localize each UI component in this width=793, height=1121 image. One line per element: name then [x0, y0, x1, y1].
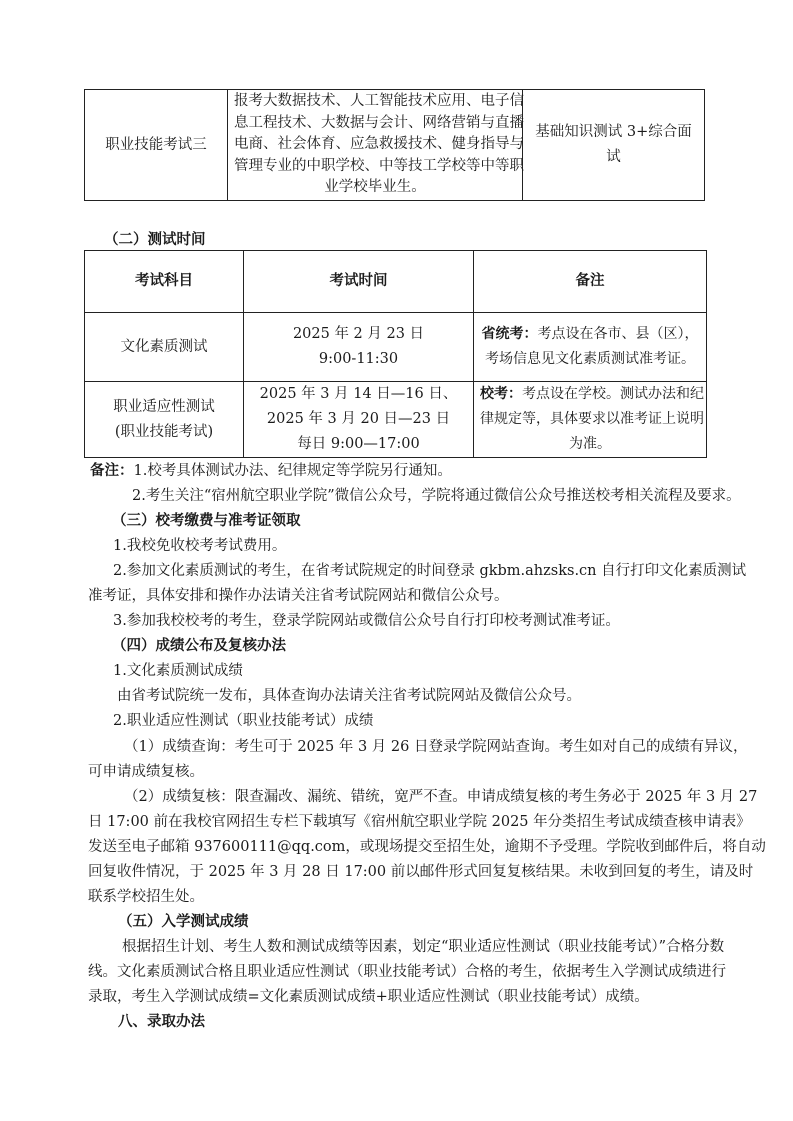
table-row: 职业适应性测试 (职业技能考试) 2025 年 3 月 14 日—16 日、 2… [85, 382, 707, 458]
note-text: 考点设在各市、县（区）， [538, 326, 699, 342]
note-text: 考场信息见文化素质测试准考证。 [480, 347, 700, 372]
note-label: 校考： [480, 386, 522, 402]
note-cell: 校考：考点设在学校。测试办法和纪 律规定等，具体要求以准考证上说明 为准。 [474, 382, 707, 458]
paragraph: 1.文化素质测试成绩 [113, 661, 243, 681]
paragraph: 3.参加我校校考的考生，登录学院网站或微信公众号自行打印校考测试准考证。 [113, 611, 620, 631]
table-row: 职业技能考试三 报考大数据技术、人工智能技术应用、电子信 息工程技术、大数据与会… [85, 90, 705, 201]
remarks-item: 2.考生关注“宿州航空职业学院”微信公众号，学院将通过微信公众号推送校考相关流程… [132, 486, 741, 506]
eligibility-table: 职业技能考试三 报考大数据技术、人工智能技术应用、电子信 息工程技术、大数据与会… [84, 89, 705, 201]
eligibility-line: 管理专业的中职学校、中等技工学校等中等职 [234, 156, 516, 178]
subject-text: 文化素质测试 [91, 335, 237, 360]
section-heading: （五）入学测试成绩 [118, 912, 249, 932]
column-header: 考试时间 [244, 251, 474, 313]
note-text: 为准。 [480, 432, 700, 457]
exam-content-text: 基础知识测试 3+综合面试 [535, 124, 691, 165]
exam-content-cell: 基础知识测试 3+综合面试 [523, 90, 705, 201]
paragraph: 2.职业适应性测试（职业技能考试）成绩 [113, 711, 373, 731]
time-cell: 2025 年 2 月 23 日 9:00-11:30 [244, 313, 474, 382]
paragraph: 1.我校免收校考考试费用。 [113, 536, 286, 556]
column-header: 考试科目 [85, 251, 244, 313]
table-row: 文化素质测试 2025 年 2 月 23 日 9:00-11:30 省统考：考点… [85, 313, 707, 382]
note-text: 考点设在学校。测试办法和纪 [522, 386, 704, 402]
eligibility-line: 电商、社会体育、应急救援技术、健身指导与 [234, 134, 516, 156]
note-text: 律规定等，具体要求以准考证上说明 [480, 407, 700, 432]
paragraph: （2）成绩复核：限查漏改、漏统、错统，宽严不查。申请成绩复核的考生务必于 202… [124, 787, 757, 807]
time-text: 2025 年 2 月 23 日 [250, 322, 467, 347]
subject-cell: 职业技能考试三 [85, 90, 228, 201]
time-text: 2025 年 3 月 14 日—16 日、 [250, 382, 467, 407]
time-text: 每日 9:00—17:00 [250, 432, 467, 457]
note-cell: 省统考：考点设在各市、县（区）， 考场信息见文化素质测试准考证。 [474, 313, 707, 382]
note-label: 省统考： [482, 326, 538, 342]
eligibility-line: 报考大数据技术、人工智能技术应用、电子信 [234, 91, 516, 113]
paragraph: 根据招生计划、考生人数和测试成绩等因素，划定“职业适应性测试（职业技能考试）”合… [122, 937, 724, 957]
paragraph: （1）成绩查询：考生可于 2025 年 3 月 26 日登录学院网站查询。考生如… [124, 737, 747, 757]
section-heading: 八、录取办法 [118, 1012, 205, 1032]
eligibility-line: 业学校毕业生。 [234, 177, 516, 199]
subject-cell: 文化素质测试 [85, 313, 244, 382]
paragraph: 准考证，具体安排和操作办法请关注省考试院网站和微信公众号。 [88, 586, 509, 606]
time-text: 9:00-11:30 [250, 347, 467, 372]
section-heading: （四）成绩公布及复核办法 [112, 636, 286, 656]
note-line: 省统考：考点设在各市、县（区）， [480, 322, 700, 347]
subject-cell: 职业适应性测试 (职业技能考试) [85, 382, 244, 458]
time-cell: 2025 年 3 月 14 日—16 日、 2025 年 3 月 20 日—23… [244, 382, 474, 458]
section-heading: （三）校考缴费与准考证领取 [112, 511, 301, 531]
column-header: 备注 [474, 251, 707, 313]
subject-text: 职业技能考试三 [105, 137, 207, 153]
time-text: 2025 年 3 月 20 日—23 日 [250, 407, 467, 432]
section-heading: （二）测试时间 [104, 230, 206, 250]
schedule-table: 考试科目 考试时间 备注 文化素质测试 2025 年 2 月 23 日 9:00… [84, 250, 707, 458]
paragraph: 日 17:00 前在我校官网招生专栏下载填写《宿州航空职业学院 2025 年分类… [88, 812, 751, 832]
paragraph: 可申请成绩复核。 [88, 762, 204, 782]
paragraph: 2.参加文化素质测试的考生，在省考试院规定的时间登录 gkbm.ahzsks.c… [113, 561, 746, 581]
remarks-label: 备注： [90, 463, 134, 479]
paragraph: 由省考试院统一发布，具体查询办法请关注省考试院网站及微信公众号。 [117, 686, 581, 706]
remarks-item: 1.校考具体测试办法、纪律规定等学院另行通知。 [134, 463, 452, 479]
paragraph: 线。文化素质测试合格且职业适应性测试（职业技能考试）合格的考生，依据考生入学测试… [88, 962, 726, 982]
subject-text: 职业适应性测试 [91, 395, 237, 420]
eligibility-cell: 报考大数据技术、人工智能技术应用、电子信 息工程技术、大数据与会计、网络营销与直… [228, 90, 523, 201]
paragraph: 发送至电子邮箱 937600111@qq.com，或现场提交至招生处，逾期不予受… [88, 837, 766, 857]
eligibility-line: 息工程技术、大数据与会计、网络营销与直播 [234, 113, 516, 135]
paragraph: 录取，考生入学测试成绩=文化素质测试成绩+职业适应性测试（职业技能考试）成绩。 [88, 987, 649, 1007]
paragraph: 联系学校招生处。 [88, 887, 204, 907]
remarks-line-1: 备注：1.校考具体测试办法、纪律规定等学院另行通知。 [90, 461, 452, 481]
table-header-row: 考试科目 考试时间 备注 [85, 251, 707, 313]
paragraph: 回复收件情况，于 2025 年 3 月 28 日 17:00 前以邮件形式回复复… [88, 862, 753, 882]
note-line: 校考：考点设在学校。测试办法和纪 [480, 382, 700, 407]
subject-text: (职业技能考试) [91, 420, 237, 445]
